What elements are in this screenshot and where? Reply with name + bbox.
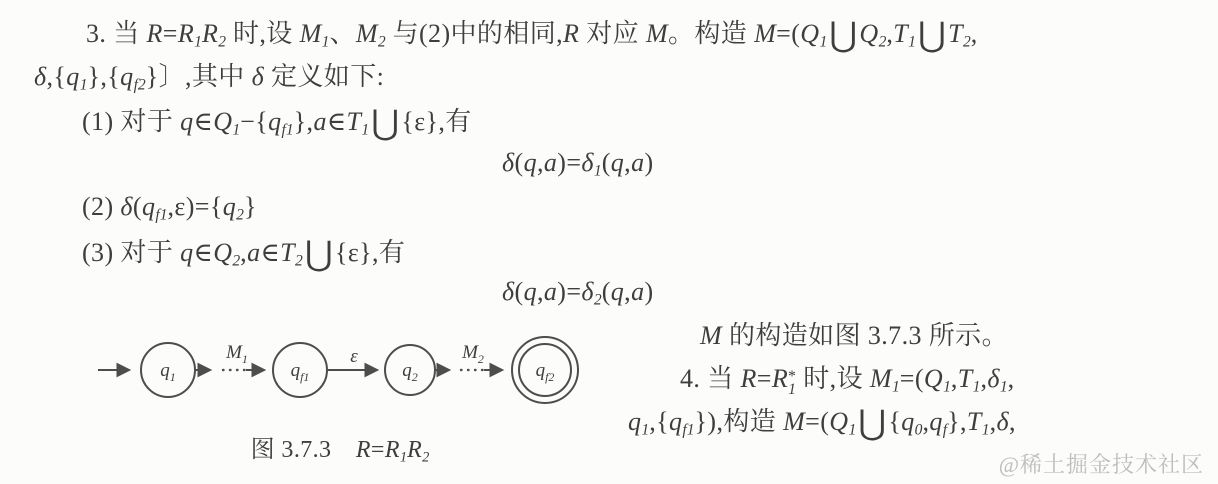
figure-reference-line: M 的构造如图 3.7.3 所示。 [700,315,1008,352]
para4-line1: 4. 当 R=R*1 时,设 M1=(Q1,T1,δ1, [680,358,1015,397]
para3-line1: 3. 当 R=R1R2 时,设 M1、M2 与(2)中的相同,R 对应 M。构造… [86,13,978,55]
para3-line2: δ,{q1},{qf2}〕,其中 δ 定义如下: [34,56,384,95]
case2-definition: (2) δ(qf1,ε)={q2} [82,192,257,225]
watermark: @稀土掘金技术社区 [999,448,1204,479]
state-diagram-figure: q1 M1 qf1 ε q2 M2 qf2 图 3.7.3 R=R1R2 [90,333,630,466]
edge-epsilon-label: ε [350,346,358,367]
figure-caption: 图 3.7.3 R=R1R2 [90,429,590,466]
para4-line2: q1,{qf1}),构造 M=(Q1⋃{q0,qf},T1,δ, [628,401,1016,443]
state-qf2-label: qf2 [536,360,555,384]
edge-m2-label: M2 [461,342,484,366]
case3-condition: (3) 对于 q∈Q2,a∈T2⋃{ε},有 [82,232,405,274]
case1-condition: (1) 对于 q∈Q1−{qf1},a∈T1⋃{ε},有 [82,101,472,143]
automaton-diagram: q1 M1 qf1 ε q2 M2 qf2 [90,333,630,415]
edge-m1-label: M1 [225,342,248,366]
state-q2-label: q2 [402,360,418,384]
state-q1-label: q1 [160,360,176,384]
equation-delta2: δ(q,a)=δ2(q,a) [502,277,654,310]
state-qf1-label: qf1 [291,360,310,384]
equation-delta1: δ(q,a)=δ1(q,a) [502,148,654,181]
